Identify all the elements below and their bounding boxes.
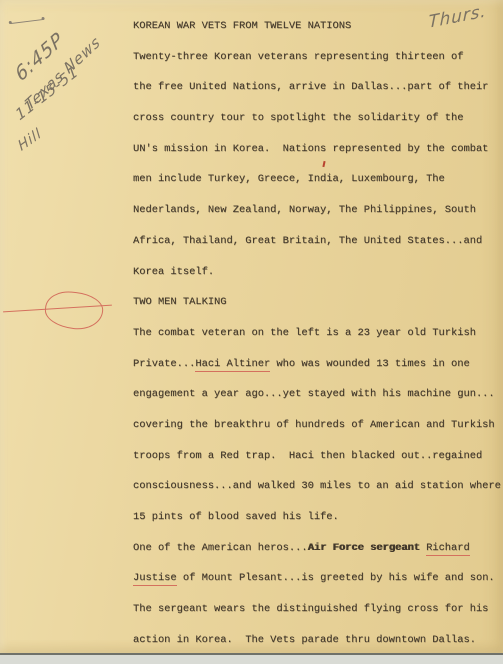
typed-line: Nederlands, New Zealand, Norway, The Phi… [133, 195, 503, 226]
typed-line: cross country tour to spotlight the soli… [133, 103, 503, 134]
typed-segment: The combat veteran on the left is a 23 y… [133, 327, 476, 339]
typed-segment-red-underline: Justise [133, 572, 177, 586]
typed-segment: covering the breakthru of hundreds of Am… [133, 419, 495, 431]
pencil-dash-mark [11, 19, 43, 27]
typed-segment: UN's mission in Korea. Nations represent… [133, 143, 488, 155]
typed-line: troops from a Red trap. Haci then blacke… [133, 441, 503, 472]
typed-segment: One of the American heros... [133, 542, 308, 554]
typed-line: The sergeant wears the distinguished fly… [133, 594, 503, 625]
typed-line: consciousness...and walked 30 miles to a… [133, 471, 503, 502]
typed-line: the free United Nations, arrive in Dalla… [133, 72, 503, 103]
typed-segment: Twenty-three Korean veterans representin… [133, 51, 463, 63]
typed-segment: Private... [133, 358, 195, 370]
typed-segment: Africa, Thailand, Great Britain, The Uni… [133, 235, 482, 247]
typed-segment: who was wounded 13 times in one [270, 358, 470, 370]
typed-segment: the free United Nations, arrive in Dalla… [133, 81, 488, 93]
typed-segment-bold: Air Force sergeant [308, 542, 420, 554]
typed-line: Justise of Mount Plesant...is greeted by… [133, 563, 503, 594]
typed-line: covering the breakthru of hundreds of Am… [133, 410, 503, 441]
typed-line: KOREAN WAR VETS FROM TWELVE NATIONS [133, 11, 503, 42]
typed-segment: consciousness...and walked 30 miles to a… [133, 480, 501, 492]
typed-script-text: KOREAN WAR VETS FROM TWELVE NATIONSTwent… [133, 11, 503, 655]
handwritten-author-name: Hill [16, 125, 45, 154]
typed-segment-red-underline: Richard [426, 542, 470, 556]
typed-segment: men include Turkey, Greece, India, Luxem… [133, 173, 445, 185]
typed-segment: 15 pints of blood saved his life. [133, 511, 339, 523]
typed-line: One of the American heros...Air Force se… [133, 533, 503, 564]
typed-segment: Korea itself. [133, 266, 214, 278]
red-pencil-circle-mark [43, 289, 105, 332]
typed-segment: engagement a year ago...yet stayed with … [133, 388, 495, 400]
typed-segment: cross country tour to spotlight the soli… [133, 112, 463, 124]
scanned-news-script-page: 6:45P Texas News 11-15-51 Hill Thurs. KO… [0, 0, 503, 664]
typed-line: Private...Haci Altiner who was wounded 1… [133, 349, 503, 380]
typed-line: men include Turkey, Greece, India, Luxem… [133, 164, 503, 195]
typed-line: 15 pints of blood saved his life. [133, 502, 503, 533]
typed-line: Twenty-three Korean veterans representin… [133, 42, 503, 73]
typed-segment: TWO MEN TALKING [133, 296, 227, 308]
typed-segment: troops from a Red trap. Haci then blacke… [133, 450, 482, 462]
typed-line: TWO MEN TALKING [133, 287, 503, 318]
typed-segment: action in Korea. The Vets parade thru do… [133, 634, 476, 646]
typed-line: action in Korea. The Vets parade thru do… [133, 625, 503, 656]
typed-segment-red-underline: Haci Altiner [195, 358, 270, 372]
scanner-background-strip [0, 655, 503, 664]
typed-segment: The sergeant wears the distinguished fly… [133, 603, 488, 615]
typed-segment: Nederlands, New Zealand, Norway, The Phi… [133, 204, 476, 216]
typed-segment: of Mount Plesant...is greeted by his wif… [177, 572, 495, 584]
typed-line: Africa, Thailand, Great Britain, The Uni… [133, 226, 503, 257]
paper-sheet: 6:45P Texas News 11-15-51 Hill Thurs. KO… [0, 0, 503, 655]
typed-segment: KOREAN WAR VETS FROM TWELVE NATIONS [133, 20, 351, 32]
typed-line: UN's mission in Korea. Nations represent… [133, 134, 503, 165]
typed-line: engagement a year ago...yet stayed with … [133, 379, 503, 410]
typed-line: Korea itself. [133, 257, 503, 288]
typed-line: The combat veteran on the left is a 23 y… [133, 318, 503, 349]
